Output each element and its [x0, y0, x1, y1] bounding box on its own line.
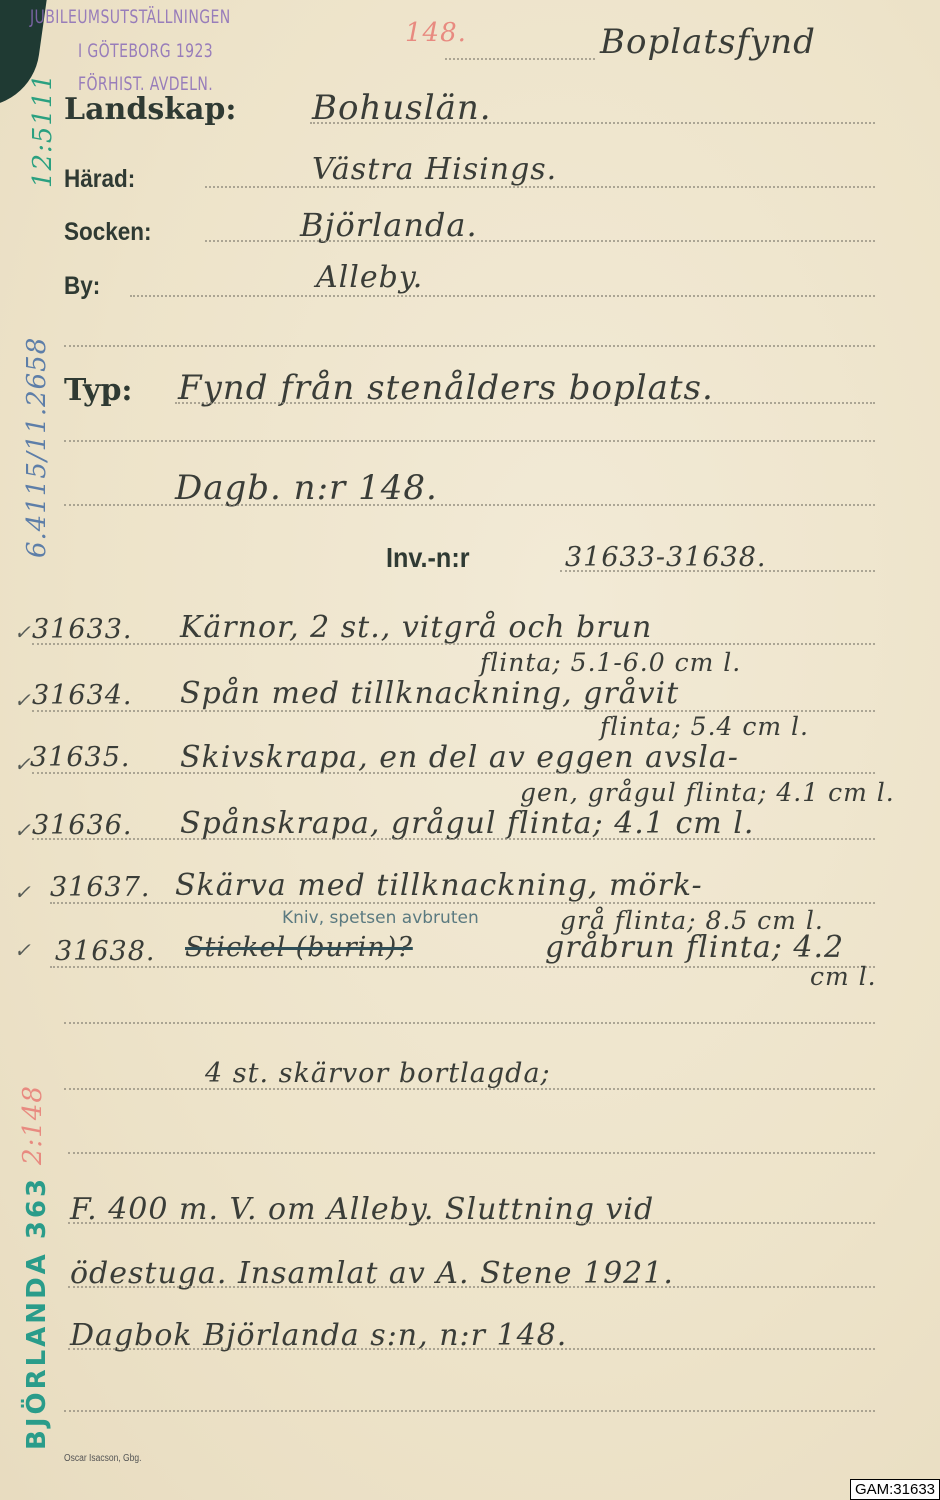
rule [68, 1152, 875, 1154]
green-margin-number: 12:5111 [28, 73, 58, 188]
landskap-label: Landskap: [64, 92, 237, 127]
rule [64, 504, 875, 506]
item-description: Skärva med tillknackning, mörk- [175, 868, 703, 903]
rule [32, 643, 875, 645]
exhibition-stamp-line-1: JUBILEUMSUTSTÄLLNINGEN [30, 6, 231, 28]
rule [50, 902, 875, 904]
rule [32, 772, 875, 774]
socken-label: Socken: [64, 218, 152, 247]
check-mark: ✓ [14, 938, 31, 962]
rule [64, 345, 875, 347]
item-description: gråbrun flinta; 4.2 [545, 930, 844, 965]
discard-note: 4 st. skärvor bortlagda; [205, 1058, 551, 1089]
rule [175, 402, 875, 404]
rule [64, 440, 875, 442]
item-description: Spånskrapa, grågul flinta; 4.1 cm l. [180, 806, 754, 841]
rule [64, 1088, 875, 1090]
item-description-cont: flinta; 5.4 cm l. [600, 712, 809, 741]
rule [68, 1222, 875, 1224]
pencil-correction: Kniv, spetsen avbruten [282, 908, 479, 928]
category-heading: Boplatsfynd [600, 22, 816, 62]
rule [445, 58, 595, 60]
item-number: 31634. [32, 680, 132, 711]
check-mark: ✓ [14, 880, 31, 904]
pink-number: 148. [405, 18, 467, 48]
struck-item-description: Stickel (burin)? [185, 932, 413, 963]
rule [32, 838, 875, 840]
item-description: Spån med tillknackning, gråvit [180, 676, 679, 711]
check-mark: ✓ [14, 688, 31, 712]
rule [560, 570, 875, 572]
check-mark: ✓ [14, 620, 31, 644]
blue-pencil-margin-number: 6.4115/11.2658 [22, 337, 52, 558]
typ-label: Typ: [64, 373, 133, 408]
rule [50, 966, 875, 968]
item-description: Skivskrapa, en del av eggen avsla- [180, 740, 739, 775]
by-label: By: [64, 272, 100, 301]
harad-label: Härad: [64, 165, 135, 194]
check-mark: ✓ [14, 818, 31, 842]
rule [205, 240, 875, 242]
red-margin-number: 2:148 [18, 1085, 48, 1165]
rule [205, 186, 875, 188]
inventory-range: 31633-31638. [565, 542, 767, 573]
catalog-id-badge: GAM:31633 [850, 1479, 940, 1500]
item-number: 31638. [55, 936, 155, 967]
rule [64, 1022, 875, 1024]
printer-credit: Oscar Isacson, Gbg. [64, 1453, 141, 1464]
diary-reference: Dagb. n:r 148. [175, 468, 438, 508]
inventory-label: Inv.-n:r [386, 542, 470, 574]
rule [64, 1410, 875, 1412]
item-number: 31633. [32, 614, 132, 645]
item-description-cont: gen, grågul flinta; 4.1 cm l. [520, 778, 895, 807]
socken-value: Björlanda. [300, 206, 478, 244]
item-number: 31636. [32, 810, 132, 841]
item-number: 31637. [50, 872, 150, 903]
rule [310, 122, 875, 124]
rule [130, 295, 875, 297]
exhibition-stamp-line-2: I GÖTEBORG 1923 [78, 40, 213, 62]
by-value: Alleby. [316, 260, 423, 295]
rule [68, 1286, 875, 1288]
check-mark: ✓ [14, 752, 31, 776]
rule [68, 1348, 875, 1350]
parish-stamp: BJÖRLANDA 363 [22, 1176, 52, 1450]
item-description: Kärnor, 2 st., vitgrå och brun [180, 610, 652, 645]
harad-value: Västra Hisings. [312, 152, 557, 187]
item-description-cont: cm l. [810, 962, 877, 991]
item-description-cont: flinta; 5.1-6.0 cm l. [480, 648, 741, 677]
item-number: 31635. [30, 742, 130, 773]
